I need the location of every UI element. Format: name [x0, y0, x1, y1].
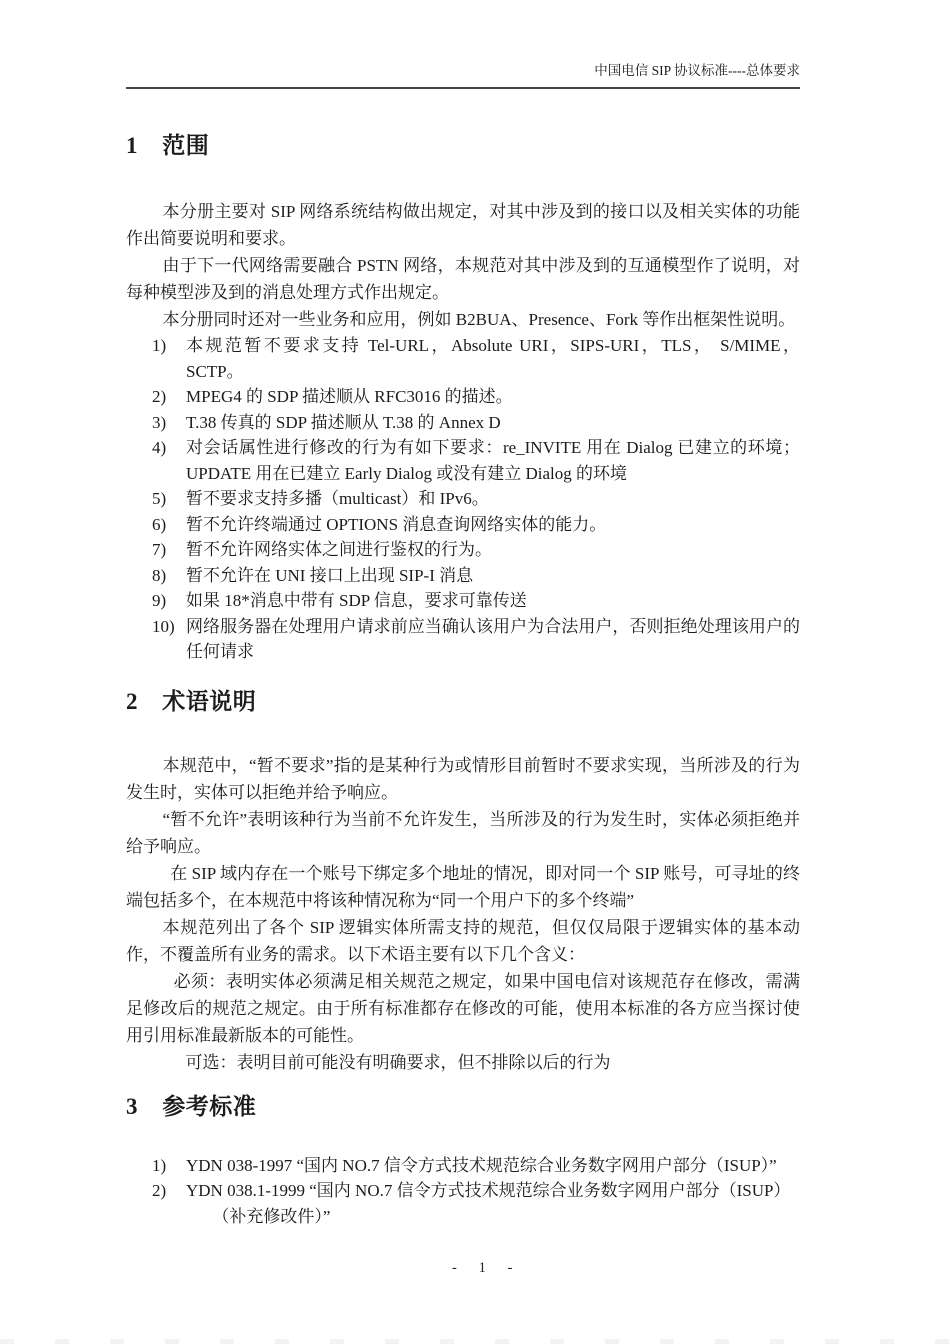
list-item: 4) 对会话属性进行修改的行为有如下要求：re_INVITE 用在 Dialog…	[152, 435, 800, 486]
list-item-number: 8)	[152, 563, 186, 589]
list-item-number: 5)	[152, 486, 186, 512]
list-item-number: 6)	[152, 512, 186, 538]
section-1-number: 1	[126, 133, 138, 158]
list-item-text: 暂不允许网络实体之间进行鉴权的行为。	[186, 537, 800, 563]
document-page: 中国电信 SIP 协议标准----总体要求 1 范围 本分册主要对 SIP 网络…	[0, 0, 950, 1344]
paragraph: 本分册主要对 SIP 网络系统结构做出规定，对其中涉及到的接口以及相关实体的功能…	[126, 198, 800, 252]
list-item-text: 如果 18*消息中带有 SDP 信息，要求可靠传送	[186, 588, 800, 614]
list-item-text: 暂不允许终端通过 OPTIONS 消息查询网络实体的能力。	[186, 512, 800, 538]
list-item-number: 2)	[152, 1178, 186, 1204]
list-item-number: 2)	[152, 384, 186, 410]
list-item-number: 9)	[152, 588, 186, 614]
list-item-text-line2: （补充修改件）”	[186, 1204, 800, 1230]
list-item-text-line1: YDN 038.1-1999 “国内 NO.7 信令方式技术规范综合业务数字网用…	[186, 1181, 790, 1200]
list-item: 5) 暂不要求支持多播（multicast）和 IPv6。	[152, 486, 800, 512]
scope-requirements-list: 1) 本规范暂不要求支持 Tel-URL，Absolute URI，SIPS-U…	[126, 333, 800, 665]
list-item: 7) 暂不允许网络实体之间进行鉴权的行为。	[152, 537, 800, 563]
list-item-text: YDN 038.1-1999 “国内 NO.7 信令方式技术规范综合业务数字网用…	[186, 1178, 800, 1229]
list-item: 3) T.38 传真的 SDP 描述顺从 T.38 的 Annex D	[152, 410, 800, 436]
paragraph: 本规范中，“暂不要求”指的是某种行为或情形目前暂时不要求实现，当所涉及的行为发生…	[126, 752, 800, 806]
list-item-number: 4)	[152, 435, 186, 461]
page-number: - 1 -	[0, 1243, 950, 1294]
scan-edge-artifact	[0, 1339, 950, 1344]
paragraph: 在 SIP 域内存在一个账号下绑定多个地址的情况，即对同一个 SIP 账号，可寻…	[126, 860, 800, 914]
list-item-number: 1)	[152, 1153, 186, 1179]
list-item-number: 10)	[152, 614, 186, 640]
list-item: 1) YDN 038-1997 “国内 NO.7 信令方式技术规范综合业务数字网…	[152, 1153, 800, 1179]
list-item-text: 本规范暂不要求支持 Tel-URL，Absolute URI，SIPS-URI，…	[186, 333, 800, 384]
section-2-heading: 2 术语说明	[126, 685, 800, 718]
section-3-number: 3	[126, 1094, 138, 1119]
list-item: 1) 本规范暂不要求支持 Tel-URL，Absolute URI，SIPS-U…	[152, 333, 800, 384]
paragraph: “暂不允许”表明该种行为当前不允许发生，当所涉及的行为发生时，实体必须拒绝并给予…	[126, 806, 800, 860]
list-item-number: 3)	[152, 410, 186, 436]
list-item: 8) 暂不允许在 UNI 接口上出现 SIP-I 消息	[152, 563, 800, 589]
section-1-heading: 1 范围	[126, 129, 800, 162]
paragraph: 可选：表明目前可能没有明确要求，但不排除以后的行为	[126, 1049, 800, 1076]
running-header-title: 中国电信 SIP 协议标准----总体要求	[594, 63, 800, 78]
list-item-number: 7)	[152, 537, 186, 563]
paragraph: 必须：表明实体必须满足相关规范之规定，如果中国电信对该规范存在修改，需满足修改后…	[126, 968, 800, 1049]
paragraph: 本规范列出了各个 SIP 逻辑实体所需支持的规范，但仅仅局限于逻辑实体的基本动作…	[126, 914, 800, 968]
list-item: 10) 网络服务器在处理用户请求前应当确认该用户为合法用户，否则拒绝处理该用户的…	[152, 614, 800, 665]
list-item: 9) 如果 18*消息中带有 SDP 信息，要求可靠传送	[152, 588, 800, 614]
list-item-text: MPEG4 的 SDP 描述顺从 RFC3016 的描述。	[186, 384, 800, 410]
section-3-title: 参考标准	[162, 1094, 256, 1119]
list-item-text: YDN 038-1997 “国内 NO.7 信令方式技术规范综合业务数字网用户部…	[186, 1153, 800, 1179]
list-item-text: 网络服务器在处理用户请求前应当确认该用户为合法用户，否则拒绝处理该用户的任何请求	[186, 614, 800, 665]
list-item-text: 暂不要求支持多播（multicast）和 IPv6。	[186, 486, 800, 512]
reference-standards-list: 1) YDN 038-1997 “国内 NO.7 信令方式技术规范综合业务数字网…	[126, 1153, 800, 1230]
section-2-number: 2	[126, 689, 138, 714]
list-item: 2) YDN 038.1-1999 “国内 NO.7 信令方式技术规范综合业务数…	[152, 1178, 800, 1229]
section-2-title: 术语说明	[162, 689, 256, 714]
section-3-heading: 3 参考标准	[126, 1090, 800, 1123]
running-header: 中国电信 SIP 协议标准----总体要求	[126, 62, 800, 89]
section-1-title: 范围	[162, 133, 209, 158]
list-item-text: 暂不允许在 UNI 接口上出现 SIP-I 消息	[186, 563, 800, 589]
paragraph: 由于下一代网络需要融合 PSTN 网络，本规范对其中涉及到的互通模型作了说明，对…	[126, 252, 800, 306]
list-item-text: 对会话属性进行修改的行为有如下要求：re_INVITE 用在 Dialog 已建…	[186, 435, 800, 486]
list-item-number: 1)	[152, 333, 186, 359]
list-item-text: T.38 传真的 SDP 描述顺从 T.38 的 Annex D	[186, 410, 800, 436]
list-item: 6) 暂不允许终端通过 OPTIONS 消息查询网络实体的能力。	[152, 512, 800, 538]
paragraph: 本分册同时还对一些业务和应用，例如 B2BUA、Presence、Fork 等作…	[126, 306, 800, 333]
list-item: 2) MPEG4 的 SDP 描述顺从 RFC3016 的描述。	[152, 384, 800, 410]
